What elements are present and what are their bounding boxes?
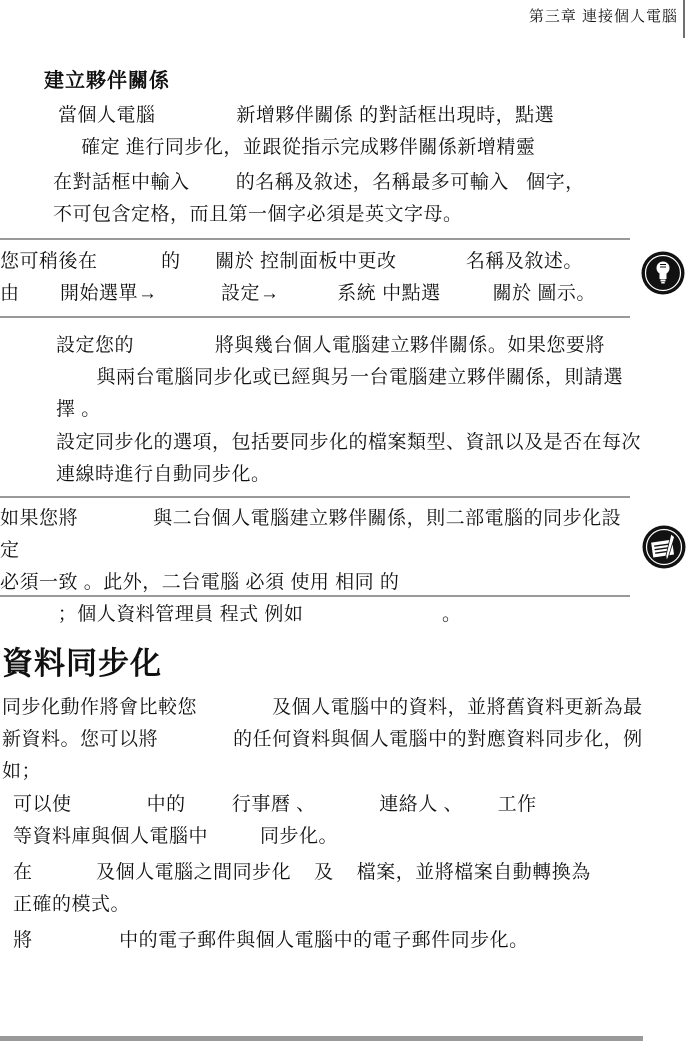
section-heading-data-sync: 資料同步化 [2,638,162,683]
page-header-chapter-title: 第三章 連接個人電腦 [529,5,678,26]
lightbulb-tip-icon [640,250,686,296]
paragraph-partnership-dialog: 當個人電腦 新增夥伴關係 的對話框出現時，點選 確定 進行同步化，並跟從指示完成… [58,100,658,164]
paragraph-multiple-pc-partnership: 設定您的 將與幾台個人電腦建立夥伴關係。如果您要將 與兩台電腦同步化或已經與另一… [56,330,656,426]
notepad-note-icon [641,524,687,570]
note-rule-bottom-2 [0,595,630,597]
list-item-sync-files: 在 及個人電腦之間同步化 及 檔案，並將檔案自動轉換為 正確的模式。 [13,857,643,921]
list-item-sync-email: 將 中的電子郵件與個人電腦中的電子郵件同步化。 [13,925,643,957]
manual-page: 第三章 連接個人電腦 建立夥伴關係 當個人電腦 新增夥伴關係 的對話框出現時，點… [0,0,690,1045]
note-rule-bottom-1 [0,316,630,318]
header-vertical-divider [683,0,685,38]
paragraph-sync-intro: 同步化動作將會比較您 及個人電腦中的資料，並將舊資料更新為最 新資料。您可以將 … [2,692,652,788]
note-two-pc-settings: 如果您將 與二台個人電腦建立夥伴關係，則二部電腦的同步化設定 必須一致 。此外，… [0,503,640,631]
note-tip-change-name: 您可稍後在 的 關於 控制面板中更改 名稱及敘述。 由 開始選單→ 設定→ 系統… [0,246,636,310]
paragraph-name-description: 在對話框中輸入 的名稱及敘述，名稱最多可輸入 個字， 不可包含定格，而且第一個字… [53,167,663,231]
list-item-sync-databases: 可以使 中的 行事曆 、 連絡人 、 工作 等資料庫與個人電腦中 同步化。 [13,789,633,853]
section-heading-establish-partnership: 建立夥伴關係 [44,64,170,93]
note-rule-top-1 [0,238,630,240]
note-rule-top-2 [0,496,630,498]
paragraph-sync-options: 設定同步化的選項，包括要同步化的檔案類型、資訊以及是否在每次 連線時進行自動同步… [56,427,656,491]
page-footer-rule [0,1036,643,1041]
